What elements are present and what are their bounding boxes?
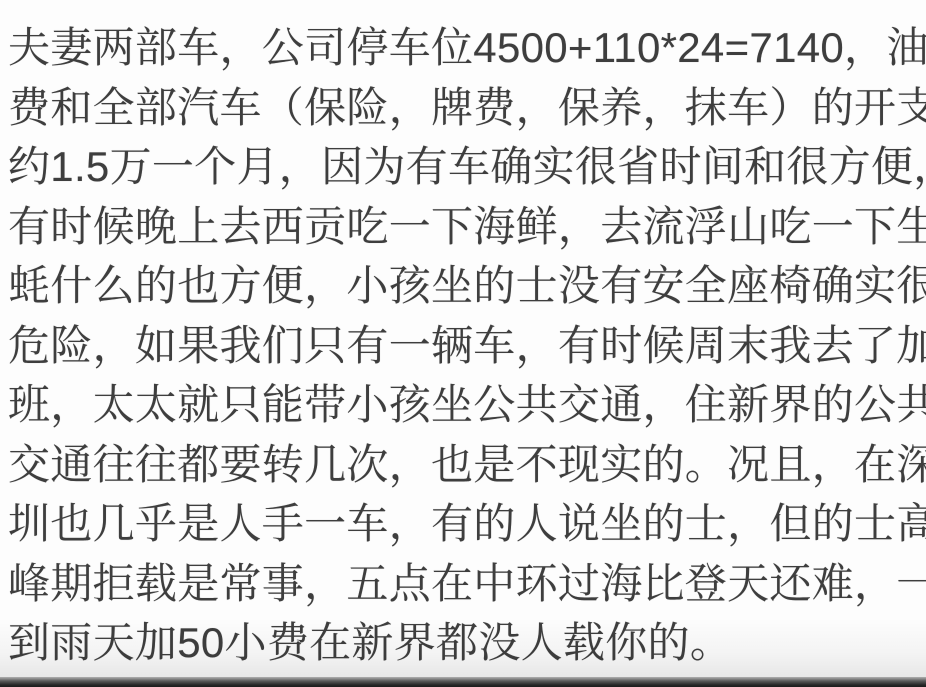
text-line: 到雨天加50小费在新界都没人载你的。 [8,613,924,673]
text-post-screenshot: 夫妻两部车，公司停车位4500+110*24=7140，油 费和全部汽车（保险，… [0,0,926,687]
text-line: 交通往往都要转几次，也是不现实的。况且，在深 [8,435,924,495]
bottom-edge-bar [0,677,926,687]
text-line: 蚝什么的也方便，小孩坐的士没有安全座椅确实很 [8,256,924,316]
text-line: 夫妻两部车，公司停车位4500+110*24=7140，油 [8,18,924,78]
text-line: 峰期拒载是常事，五点在中环过海比登天还难，一 [8,554,924,614]
paragraph: 夫妻两部车，公司停车位4500+110*24=7140，油 费和全部汽车（保险，… [8,18,924,673]
text-line: 圳也几乎是人手一车，有的人说坐的士，但的士高 [8,494,924,554]
text-line: 有时候晚上去西贡吃一下海鲜，去流浮山吃一下生 [8,197,924,257]
text-line: 费和全部汽车（保险，牌费，保养，抹车）的开支 [8,78,924,138]
text-line: 班，太太就只能带小孩坐公共交通，住新界的公共 [8,375,924,435]
text-line: 约1.5万一个月，因为有车确实很省时间和很方便， [8,137,924,197]
text-line: 危险，如果我们只有一辆车，有时候周末我去了加 [8,316,924,376]
